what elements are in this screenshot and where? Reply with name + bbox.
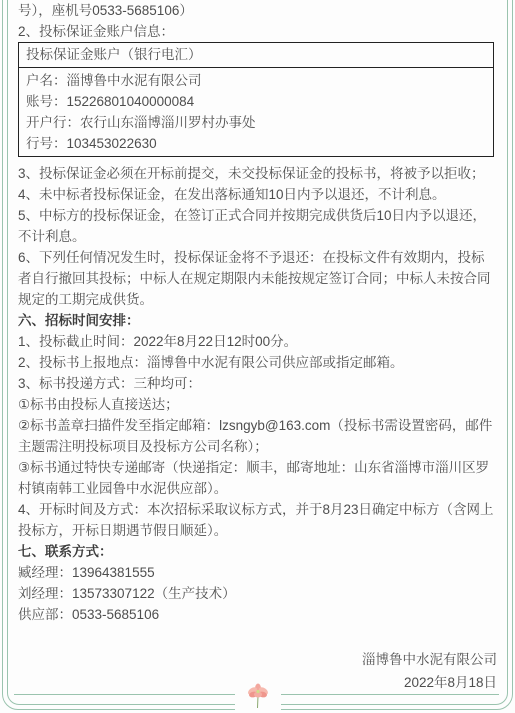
- signature-company: 淄博鲁中水泥有限公司: [18, 648, 497, 671]
- deposit-table-body: 户名：淄博鲁中水泥有限公司 账号：15226801040000084 开户行：农…: [19, 68, 493, 156]
- deposit-account-table: 投标保证金账户（银行电汇） 户名：淄博鲁中水泥有限公司 账号：152268010…: [18, 42, 494, 157]
- schedule-item: 2、投标书上报地点：淄博鲁中水泥有限公司供应部或指定邮箱。: [18, 352, 497, 373]
- table-row: 账号：15226801040000084: [19, 91, 493, 112]
- schedule-item: 3、标书投递方式：三种均可：: [18, 373, 497, 394]
- deposit-table-header: 投标保证金账户（银行电汇）: [19, 43, 493, 68]
- intro-line: 号），座机号0533-5685106）: [18, 0, 497, 21]
- contact-item: 供应部：0533-5685106: [18, 604, 497, 625]
- lotus-flower-icon: [235, 681, 281, 711]
- schedule-item: ③标书通过特快专递邮寄（快递指定：顺丰，邮寄地址：山东省淄博市淄川区罗村镇南韩工…: [18, 457, 497, 499]
- schedule-item: ②标书盖章扫描件发至指定邮箱：lzsngyb@163.com（投标书需设置密码，…: [18, 415, 497, 457]
- announcement-body: 号），座机号0533-5685106） 2、投标保证金账户信息： 投标保证金账户…: [18, 0, 497, 694]
- contact-section-title: 七、联系方式：: [18, 541, 497, 562]
- schedule-item: ①标书由投标人直接送达；: [18, 394, 497, 415]
- deposit-note: 6、下列任何情况发生时，投标保证金将不予退还：在投标文件有效期内，投标者自行撤回…: [18, 247, 497, 310]
- intro-line: 2、投标保证金账户信息：: [18, 21, 497, 42]
- contact-item: 臧经理：13964381555: [18, 562, 497, 583]
- schedule-item: 4、开标时间及方式：本次招标采取议标方式，并于8月23日确定中标方（含网上投标方…: [18, 499, 497, 541]
- schedule-item: 1、投标截止时间：2022年8月22日12时00分。: [18, 331, 497, 352]
- deposit-note: 4、未中标者投标保证金，在发出落标通知10日内予以退还，不计利息。: [18, 184, 497, 205]
- contact-item: 刘经理：13573307122（生产技术）: [18, 583, 497, 604]
- deposit-note: 5、中标方的投标保证金，在签订正式合同并按期完成供货后10日内予以退还，不计利息…: [18, 205, 497, 247]
- schedule-section-title: 六、招标时间安排：: [18, 310, 497, 331]
- table-row: 行号：103453022630: [19, 133, 493, 154]
- deposit-note: 3、投标保证金必须在开标前提交，未交投标保证金的投标书，将被予以拒收；: [18, 163, 497, 184]
- table-row: 开户行：农行山东淄博淄川罗村办事处: [19, 112, 493, 133]
- table-row: 户名：淄博鲁中水泥有限公司: [19, 70, 493, 91]
